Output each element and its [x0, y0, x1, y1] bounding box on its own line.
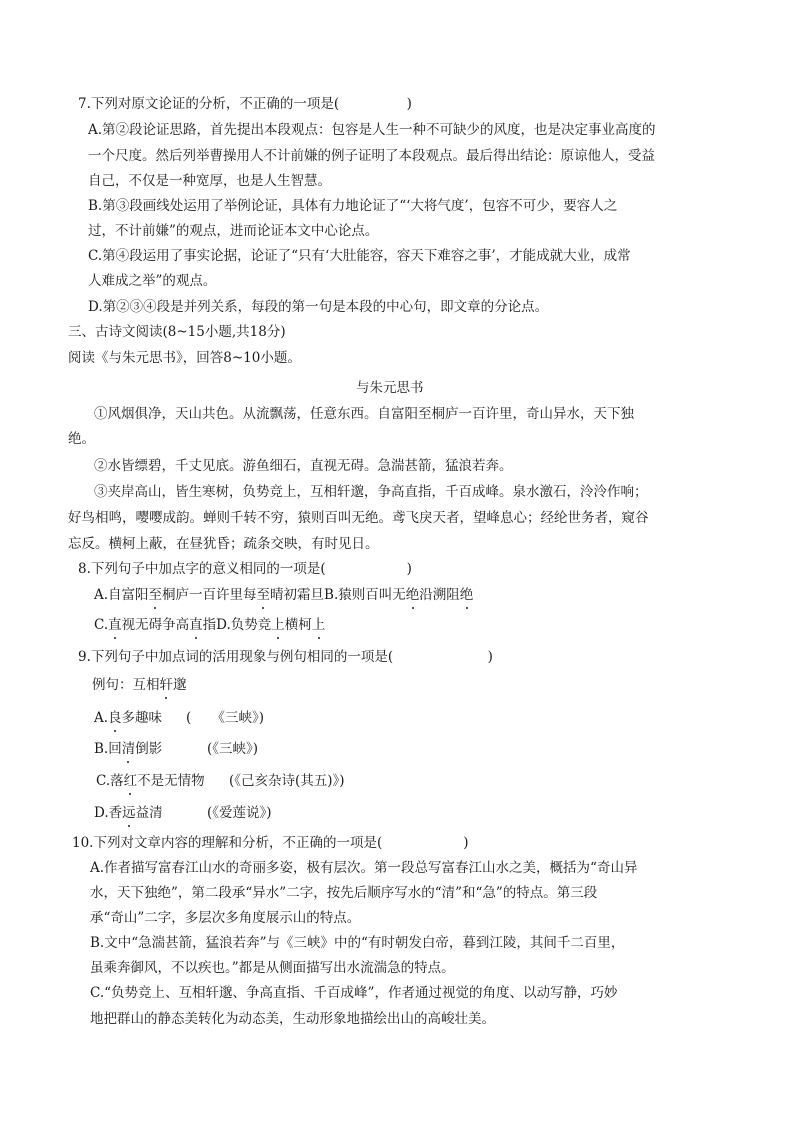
reading-instruction: 阅读《与朱元思书》，回答8~10小题。: [68, 349, 301, 367]
q8-a-text: A.自富阳: [94, 587, 149, 603]
q8-c-text: 指: [203, 617, 217, 633]
dotted-char: 直: [108, 616, 122, 634]
dotted-char: 轩: [160, 676, 174, 694]
passage-p2: ②水皆缥碧，千丈见底。游鱼细石，直视无碍。急湍甚箭，猛浪若奔。: [94, 457, 513, 475]
q9-c-source: (《己亥杂诗(其五)》): [229, 772, 345, 790]
q10-option-a-line2: 水，天下独绝”，第二段承“异水”二字，按先后顺序写水的“清”和“急”的特点。第三…: [90, 884, 597, 902]
dotted-char: 上: [312, 616, 326, 634]
q8-c-text: 视无碍争高: [122, 617, 190, 633]
q9-a-source: ( 《三峡》): [186, 709, 264, 727]
q8-c-text: C.: [94, 617, 108, 633]
q7-option-a-line1: A.第②段论证思路，首先提出本段观点：包容是人生一种不可缺少的风度，也是决定事业…: [88, 121, 656, 139]
q7-option-c-line1: C.第④段运用了事实论据，论证了“只有‘大肚能容，容天下难容之事’，才能成就大业…: [88, 247, 631, 265]
q9-d-source: (《爱莲说》): [207, 804, 272, 822]
q7-option-a-line3: 自己，不仅是一种宽厚，也是人生智慧。: [88, 172, 331, 190]
q8-stem: 8.下列句子中加点字的意义相同的一项是( ): [78, 560, 412, 578]
q10-option-b-line2: 虽乘奔御风，不以疾也。”都是从侧面描写出水流湍急的特点。: [90, 959, 455, 977]
q8-d-text: 横柯: [285, 617, 312, 633]
q9-option-d: D.香远益清(《爱莲说》): [94, 804, 163, 822]
q8-options-ab: A.自富阳至桐庐一百许里每至晴初霜旦B.猿则百叫无绝沿溯阻绝: [94, 586, 473, 604]
q8-options-cd: C.直视无碍争高直指D.负势竞上横柯上: [94, 616, 325, 634]
q9-d-text: 益清: [136, 805, 163, 821]
dotted-char: 良: [108, 709, 122, 727]
q10-option-a-line1: A.作者描写富春江山水的奇丽多姿，极有层次。第一段总写富春江山水之美，概括为“奇…: [90, 859, 637, 877]
passage-p1-line1: ①风烟俱净，天山共色。从流飘荡，任意东西。自富阳至桐庐一百许里，奇山异水，天下独: [94, 405, 634, 423]
dotted-char: 至: [149, 586, 163, 604]
q7-option-c-line2: 人难成之举”的观点。: [88, 272, 216, 290]
q8-b-text: 沿溯阻: [419, 587, 460, 603]
q9-b-text: B.回: [94, 741, 122, 757]
dotted-char: 红: [124, 772, 138, 790]
q10-option-a-line3: 承“奇山”二字，多层次多角度展示山的特点。: [90, 909, 360, 927]
q9-a-text: 多趣味: [122, 710, 163, 726]
q9-example-text: 邈: [173, 677, 187, 693]
passage-p3-line2: 好鸟相鸣，嘤嘤成韵。蝉则千转不穷，猿则百叫无绝。鸢飞戾天者，望峰息心；经纶世务者…: [68, 509, 649, 527]
q9-c-text: C.落: [96, 773, 124, 789]
q9-b-text: 倒影: [135, 741, 162, 757]
q9-option-b: B.回清倒影(《三峡》): [94, 740, 162, 758]
q7-option-b-line1: B.第③段画线处运用了举例论证，具体有力地论证了“‘大将气度’，包容不可少，要容…: [88, 197, 617, 215]
passage-p1-line2: 绝。: [68, 430, 95, 448]
dotted-char: 直: [189, 616, 203, 634]
q7-option-a-line2: 一个尺度。然后列举曹操用人不计前嫌的例子证明了本段观点。最后得出结论：原谅他人，…: [88, 147, 655, 165]
dotted-char: 清: [122, 740, 136, 758]
dotted-char: 远: [122, 804, 136, 822]
passage-p3-line3: 忘反。横柯上蔽，在昼犹昏；疏条交映，有时见日。: [68, 535, 379, 553]
q9-example: 例句：互相轩邈: [92, 676, 187, 694]
q9-option-c: C.落红不是无情物(《己亥杂诗(其五)》): [96, 772, 205, 790]
q9-d-text: D.香: [94, 805, 122, 821]
passage-p3-line1: ③夹岸高山，皆生寒树，负势竞上，互相轩邈，争高直指，千百成峰。泉水激石，泠泠作响…: [94, 483, 648, 501]
dotted-char: 绝: [460, 586, 474, 604]
q7-option-b-line2: 过，不计前嫌”的观点，进而论证本文中心论点。: [88, 222, 378, 240]
passage-title: 与朱元思书: [356, 379, 424, 397]
q10-option-c-line1: C.“负势竞上、互相轩邈、争高直指、千百成峰”，作者通过视觉的角度、以动写静，巧…: [90, 984, 617, 1002]
q9-option-a: A.良多趣味( 《三峡》): [94, 709, 162, 727]
q9-example-text: 例句：互相: [92, 677, 160, 693]
section-heading: 三、古诗文阅读(8~15小题,共18分): [68, 323, 286, 341]
q10-option-c-line2: 地把群山的静态美转化为动态美，生动形象地描绘出山的高峻壮美。: [90, 1010, 495, 1028]
q8-a-text: 桐庐一百许里每: [162, 587, 257, 603]
q9-b-source: (《三峡》): [207, 740, 258, 758]
dotted-char: 至: [257, 586, 271, 604]
q8-b-text: B.猿则百叫无: [324, 587, 406, 603]
q9-c-text: 不是无情物: [137, 773, 205, 789]
q7-stem: 7.下列对原文论证的分析，不正确的一项是( ): [78, 95, 412, 113]
q8-d-text: D.负势竞: [216, 617, 271, 633]
q9-a-text: A.: [94, 710, 108, 726]
q7-option-d: D.第②③④段是并列关系，每段的第一句是本段的中心句，即文章的分论点。: [88, 298, 548, 316]
q10-stem: 10.下列对文章内容的理解和分析，不正确的一项是( ): [72, 834, 469, 852]
q10-option-b-line1: B.文中“急湍甚箭，猛浪若奔”与《三峡》中的“有时朝发白帝，暮到江陵，其间千二百…: [90, 934, 624, 952]
dotted-char: 绝: [406, 586, 420, 604]
q8-a-text: 晴初霜旦: [270, 587, 324, 603]
q9-stem: 9.下列句子中加点词的活用现象与例句相同的一项是( ): [78, 648, 493, 666]
dotted-char: 上: [271, 616, 285, 634]
